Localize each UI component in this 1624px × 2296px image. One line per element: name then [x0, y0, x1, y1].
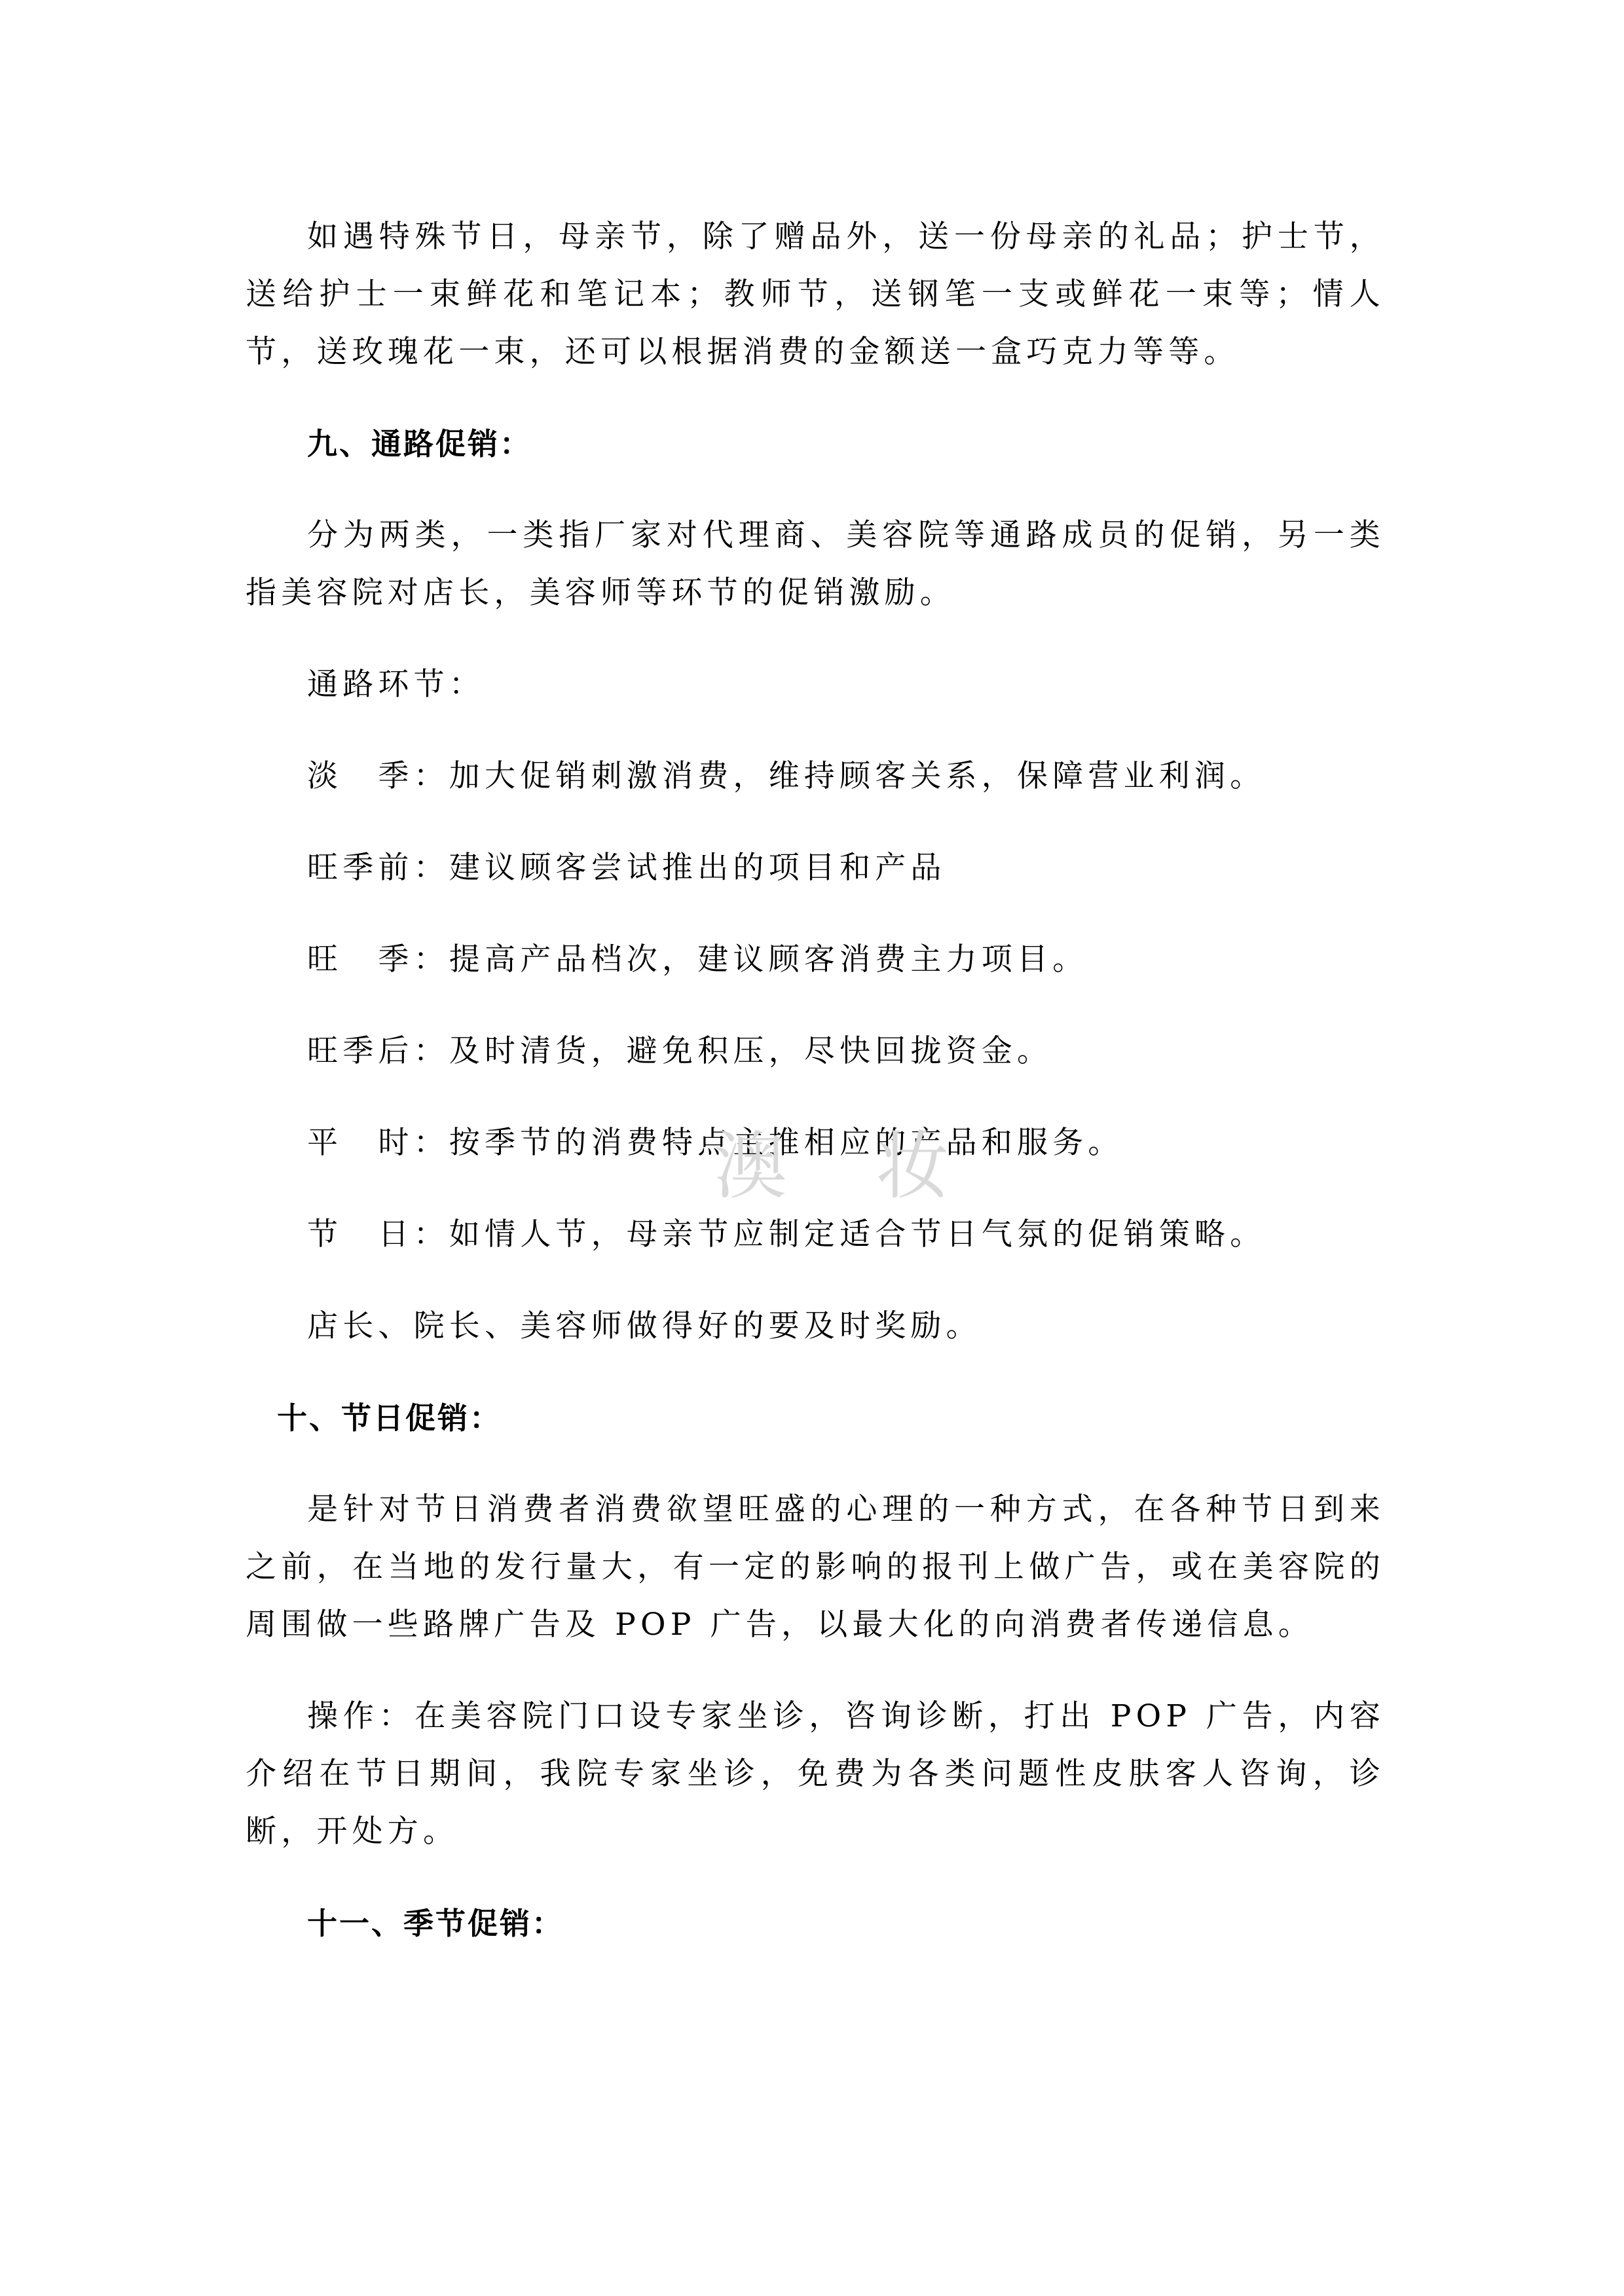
list-item-peak-season: 旺 季：提高产品档次，建议顾客消费主力项目。 [246, 931, 1385, 989]
list-item-normal-time: 平 时：按季节的消费特点主推相应的产品和服务。 [246, 1114, 1385, 1172]
list-item-off-season: 淡 季：加大促销刺激消费，维持顾客关系，保障营业利润。 [246, 748, 1385, 805]
paragraph-channel-intro: 分为两类，一类指厂家对代理商、美容院等通路成员的促销，另一类指美容院对店长，美容… [246, 507, 1385, 622]
section-heading-seasonal-promotion: 十一、季节促销： [246, 1895, 1385, 1952]
list-item-pre-peak-season: 旺季前：建议顾客尝试推出的项目和产品 [246, 839, 1385, 897]
paragraph-staff-reward: 店长、院长、美容师做得好的要及时奖励。 [246, 1298, 1385, 1355]
section-heading-holiday-promotion: 十、节日促销： [246, 1389, 1385, 1447]
section-heading-channel-promotion: 九、通路促销： [246, 415, 1385, 473]
list-item-holidays: 节 日：如情人节，母亲节应制定适合节日气氛的促销策略。 [246, 1206, 1385, 1264]
subheading-channel-stages: 通路环节： [246, 656, 1385, 714]
list-item-post-peak-season: 旺季后：及时清货，避免积压，尽快回拢资金。 [246, 1023, 1385, 1080]
paragraph-holiday-promotion-operation: 操作：在美容院门口设专家坐诊，咨询诊断，打出 POP 广告，内容介绍在节日期间，… [246, 1688, 1385, 1861]
paragraph-holiday-promotion-description: 是针对节日消费者消费欲望旺盛的心理的一种方式，在各种节日到来之前，在当地的发行量… [246, 1481, 1385, 1654]
paragraph-holiday-gifts: 如遇特殊节日，母亲节，除了赠品外，送一份母亲的礼品；护士节，送给护士一束鲜花和笔… [246, 208, 1385, 381]
document-body: 如遇特殊节日，母亲节，除了赠品外，送一份母亲的礼品；护士节，送给护士一束鲜花和笔… [246, 208, 1385, 1952]
document-page: 如遇特殊节日，母亲节，除了赠品外，送一份母亲的礼品；护士节，送给护士一束鲜花和笔… [0, 0, 1624, 2296]
